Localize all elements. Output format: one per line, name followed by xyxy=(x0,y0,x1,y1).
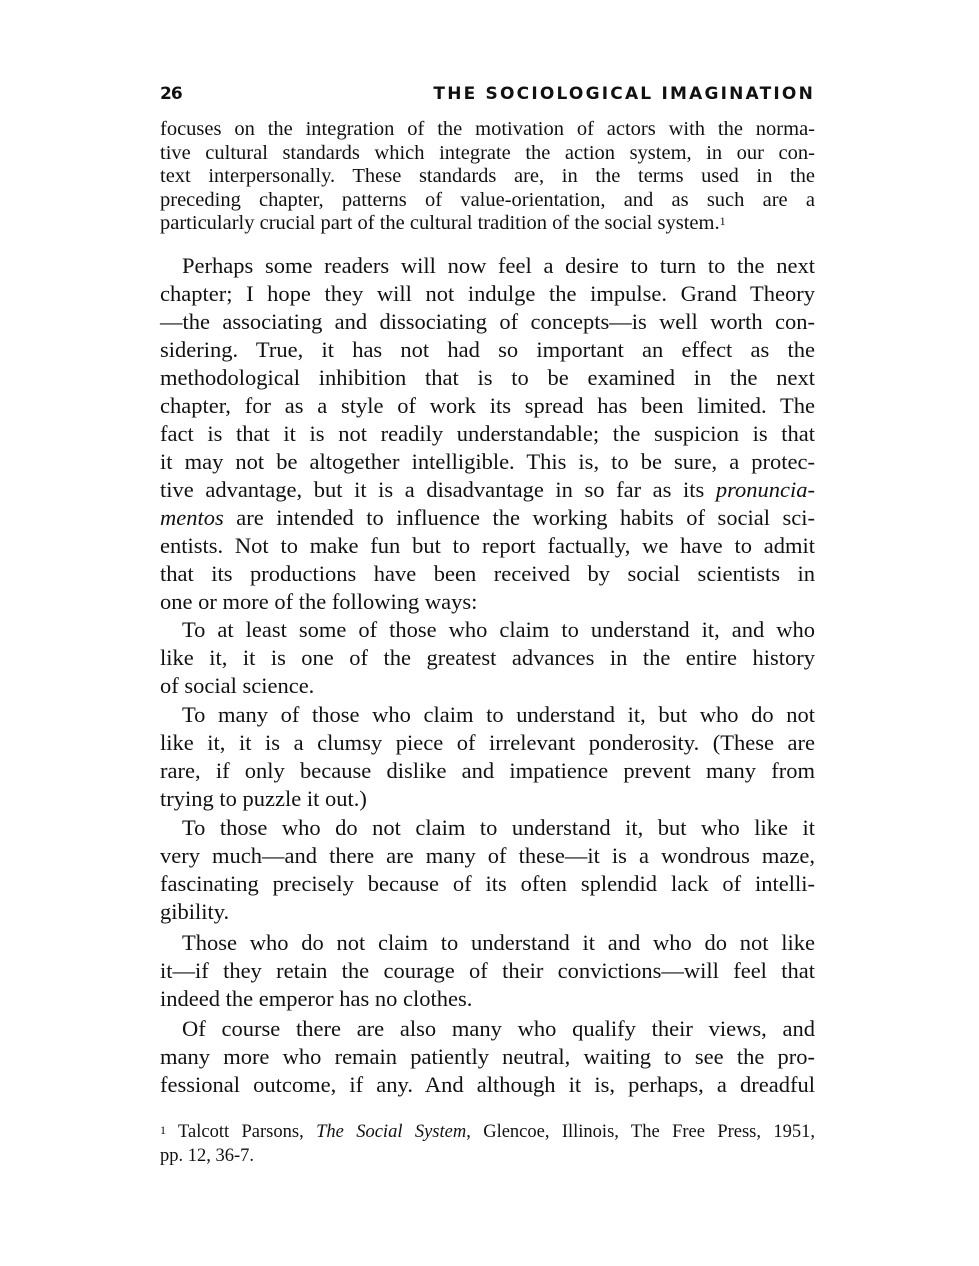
paragraph-way-4: Those who do not claim to understand it … xyxy=(160,929,815,1013)
text-line: like it, it is a clumsy piece of irrelev… xyxy=(160,729,815,757)
paragraph-way-3: To those who do not claim to understand … xyxy=(160,814,815,926)
text-line: To many of those who claim to understand… xyxy=(160,701,815,729)
text-line: To those who do not claim to understand … xyxy=(160,814,815,842)
footnote-number: 1 xyxy=(160,1123,166,1137)
footnote-book-title: The Social System xyxy=(316,1122,466,1142)
page-number: 26 xyxy=(160,84,182,104)
paragraph-way-2: To many of those who claim to understand… xyxy=(160,701,815,813)
text-line: indeed the emperor has no clothes. xyxy=(160,985,815,1013)
text-line: sidering. True, it has not had so import… xyxy=(160,336,815,364)
text-segment: tive advantage, but it is a disadvantage… xyxy=(160,477,716,502)
text-line: chapter, for as a style of work its spre… xyxy=(160,392,815,420)
text-line: chapter; I hope they will not indulge th… xyxy=(160,280,815,308)
text-line: fessional outcome, if any. And although … xyxy=(160,1071,815,1099)
text-line: that its productions have been received … xyxy=(160,560,815,588)
paragraph-way-1: To at least some of those who claim to u… xyxy=(160,616,815,700)
quoted-passage: focuses on the integration of the motiva… xyxy=(160,118,815,236)
text-line: —the associating and dissociating of con… xyxy=(160,308,815,336)
text-line: it—if they retain the courage of their c… xyxy=(160,957,815,985)
text-segment: are intended to influence the working ha… xyxy=(236,505,815,530)
text-line: fascinating precisely because of its oft… xyxy=(160,870,815,898)
italic-term: mentos xyxy=(160,505,224,530)
text-line: methodological inhibition that is to be … xyxy=(160,364,815,392)
text-line: entists. Not to make fun but to report f… xyxy=(160,532,815,560)
running-header: 26 THE SOCIOLOGICAL IMAGINATION xyxy=(160,84,815,108)
text-line: tive advantage, but it is a disadvantage… xyxy=(160,476,815,504)
footnote-publication: , Glencoe, Illinois, The Free Press, 195… xyxy=(466,1122,815,1142)
footnote: 1 Talcott Parsons, The Social System, Gl… xyxy=(160,1120,815,1168)
text-line: Those who do not claim to understand it … xyxy=(160,929,815,957)
text-line: like it, it is one of the greatest advan… xyxy=(160,644,815,672)
text-line: tive cultural standards which integrate … xyxy=(160,142,815,166)
paragraph-grand-theory: Perhaps some readers will now feel a des… xyxy=(160,252,815,616)
text-line: particularly crucial part of the cultura… xyxy=(160,212,815,236)
running-title: THE SOCIOLOGICAL IMAGINATION xyxy=(433,84,815,104)
text-segment: particularly crucial part of the cultura… xyxy=(160,212,720,234)
footnote-line: 1 Talcott Parsons, The Social System, Gl… xyxy=(160,1120,815,1144)
footnote-marker: 1 xyxy=(720,214,726,228)
text-line: focuses on the integration of the motiva… xyxy=(160,118,815,142)
text-line: gibility. xyxy=(160,898,815,926)
text-line: of social science. xyxy=(160,672,815,700)
text-line: one or more of the following ways: xyxy=(160,588,815,616)
text-line: To at least some of those who claim to u… xyxy=(160,616,815,644)
text-line: very much—and there are many of these—it… xyxy=(160,842,815,870)
paragraph-of-course: Of course there are also many who qualif… xyxy=(160,1015,815,1099)
footnote-author: Talcott Parsons, xyxy=(178,1122,316,1142)
footnote-pages: pp. 12, 36-7. xyxy=(160,1144,815,1168)
text-line: Perhaps some readers will now feel a des… xyxy=(160,252,815,280)
text-line: mentos are intended to influence the wor… xyxy=(160,504,815,532)
text-line: text interpersonally. These standards ar… xyxy=(160,165,815,189)
text-line: fact is that it is not readily understan… xyxy=(160,420,815,448)
text-line: rare, if only because dislike and impati… xyxy=(160,757,815,785)
text-line: preceding chapter, patterns of value-ori… xyxy=(160,189,815,213)
text-line: trying to puzzle it out.) xyxy=(160,785,815,813)
text-line: it may not be altogether intelligible. T… xyxy=(160,448,815,476)
text-line: many more who remain patiently neutral, … xyxy=(160,1043,815,1071)
italic-term: pronuncia- xyxy=(716,477,815,502)
text-line: Of course there are also many who qualif… xyxy=(160,1015,815,1043)
